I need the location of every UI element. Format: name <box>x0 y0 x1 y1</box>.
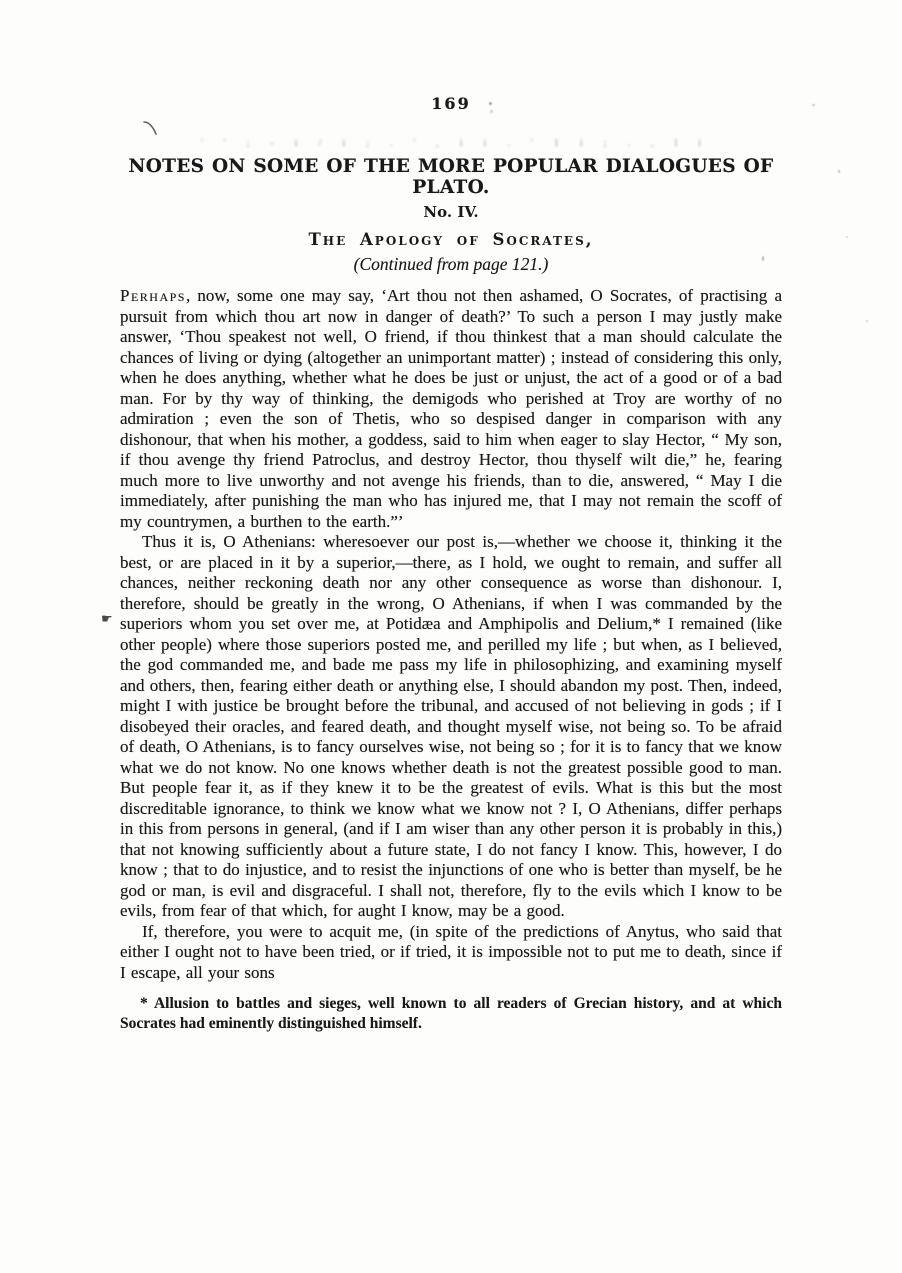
paragraph-2: Thus it is, O Athenians: wheresoever our… <box>120 532 782 922</box>
section-title: The Apology of Socrates, <box>120 230 782 249</box>
paragraph-1: Perhaps, now, some one may say, ‘Art tho… <box>120 286 782 532</box>
scan-speck <box>838 170 840 173</box>
issue-number: No. IV. <box>120 203 782 221</box>
footnote: * Allusion to battles and sieges, well k… <box>120 994 782 1033</box>
paragraph-1-text: , now, some one may say, ‘Art thou not t… <box>120 286 782 531</box>
paragraph-3: If, therefore, you were to acquit me, (i… <box>120 922 782 984</box>
continuation-note: (Continued from page 121.) <box>120 254 782 275</box>
article-body: Perhaps, now, some one may say, ‘Art tho… <box>120 286 782 983</box>
scan-speck <box>812 104 815 106</box>
scan-speck <box>846 236 848 238</box>
text-block: 169 ' ' ; - i / i ; . ' , i i . ' 1 i ; … <box>120 94 782 1033</box>
scan-speck <box>866 320 868 322</box>
page-number: 169 <box>120 94 782 113</box>
lead-word: Perhaps <box>120 286 186 305</box>
manicule-icon: ☛ <box>101 612 113 627</box>
ghost-showthrough-text: ' ' ; - i / i ; . ' , i i . ' 1 i ; . , … <box>201 137 701 149</box>
scan-speck <box>489 102 492 105</box>
article-title: NOTES ON SOME OF THE MORE POPULAR DIALOG… <box>120 156 782 198</box>
scan-speck <box>762 256 764 261</box>
scanned-page: 169 ' ' ; - i / i ; . ' , i i . ' 1 i ; … <box>0 0 902 1273</box>
